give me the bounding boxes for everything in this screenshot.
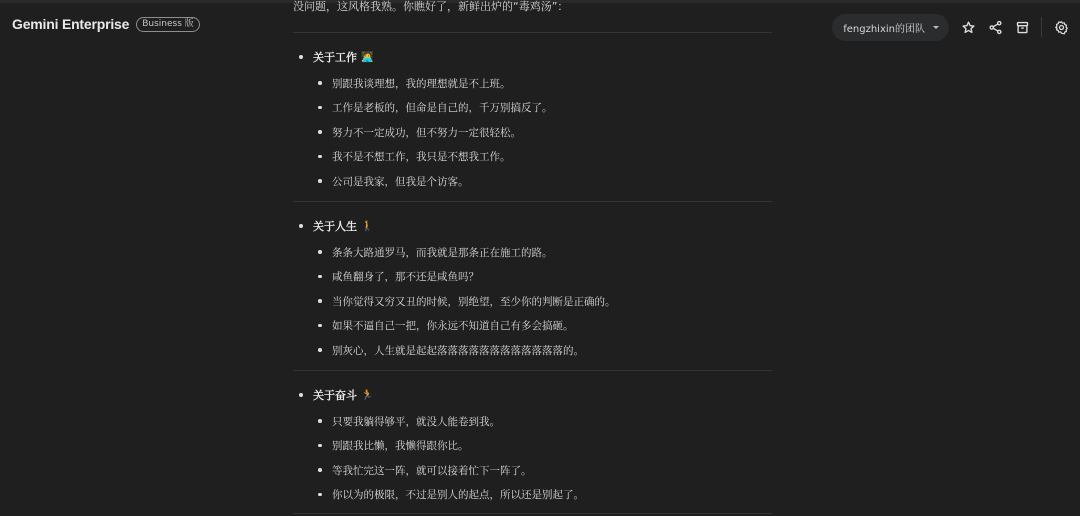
section-title: 关于奋斗 🏃: [293, 385, 772, 405]
settings-icon: [1054, 20, 1069, 35]
section-struggle: 关于奋斗 🏃 只要我躺得够平，就没人能卷到我。 别跟我比懒，我懒得跟你比。 等我…: [293, 385, 772, 507]
team-selector[interactable]: fengzhixin的团队: [832, 14, 949, 41]
list-item: 公司是我家，但我是个访客。: [293, 169, 772, 194]
app-title: Gemini Enterprise: [12, 16, 129, 32]
archive-icon: [1015, 20, 1030, 35]
list-item: 等我忙完这一阵，就可以接着忙下一阵了。: [293, 458, 772, 483]
list-item: 别灰心，人生就是起起落落落落落落落落落落落落的。: [293, 338, 772, 363]
list-item: 你以为的极限，不过是别人的起点，所以还是别起了。: [293, 483, 772, 508]
bullet: [318, 155, 322, 159]
brand: Gemini Enterprise Business 版: [12, 16, 200, 32]
bullet: [318, 81, 322, 85]
section-title: 关于工作 🧑‍💻: [293, 47, 772, 67]
section-title: 关于人生 🚶: [293, 216, 772, 236]
list-item: 别跟我谈理想，我的理想就是不上班。: [293, 71, 772, 96]
list-item: 只要我躺得够平，就没人能卷到我。: [293, 409, 772, 434]
divider: [293, 32, 772, 33]
list-item: 当你觉得又穷又丑的时候，别绝望，至少你的判断是正确的。: [293, 289, 772, 314]
share-icon: [988, 20, 1003, 35]
bullet: [318, 493, 322, 497]
bullet: [299, 393, 303, 397]
star-button[interactable]: [955, 14, 982, 41]
bullet: [318, 250, 322, 254]
list-item: 条条大路通罗马，而我就是那条正在施工的路。: [293, 240, 772, 265]
response-intro: 没问题，这风格我熟。你瞧好了，新鲜出炉的“毒鸡汤”：: [293, 0, 568, 14]
technologist-emoji-icon: 🧑‍💻: [361, 52, 373, 63]
team-name: fengzhixin的团队: [843, 20, 925, 35]
divider: [293, 370, 772, 371]
running-emoji-icon: 🏃: [361, 390, 373, 401]
walking-emoji-icon: 🚶: [361, 221, 373, 232]
settings-button[interactable]: [1048, 14, 1075, 41]
list-item: 咸鱼翻身了，那不还是咸鱼吗？: [293, 265, 772, 290]
star-icon: [961, 20, 976, 35]
edition-badge: Business 版: [136, 17, 200, 32]
archive-button[interactable]: [1009, 14, 1036, 41]
list-item: 如果不逼自己一把，你永远不知道自己有多会搞砸。: [293, 314, 772, 339]
divider: [293, 513, 772, 514]
section-work: 关于工作 🧑‍💻 别跟我谈理想，我的理想就是不上班。 工作是老板的，但命是自己的…: [293, 47, 772, 194]
bullet: [299, 224, 303, 228]
divider: [293, 201, 772, 202]
header-toolbar: fengzhixin的团队: [832, 13, 1080, 41]
bullet: [299, 55, 303, 59]
chevron-down-icon: [933, 26, 939, 29]
bullet: [318, 324, 322, 328]
section-life: 关于人生 🚶 条条大路通罗马，而我就是那条正在施工的路。 咸鱼翻身了，那不还是咸…: [293, 216, 772, 363]
bullet: [318, 106, 322, 110]
bullet: [318, 348, 322, 352]
bullet: [318, 130, 322, 134]
list-item: 我不是不想工作，我只是不想我工作。: [293, 145, 772, 170]
list-item: 工作是老板的，但命是自己的，千万别搞反了。: [293, 96, 772, 121]
bullet: [318, 468, 322, 472]
toolbar-divider: [1041, 17, 1042, 37]
list-item: 努力不一定成功，但不努力一定很轻松。: [293, 120, 772, 145]
bullet: [318, 419, 322, 423]
bullet: [318, 444, 322, 448]
share-button[interactable]: [982, 14, 1009, 41]
bullet: [318, 275, 322, 279]
bullet: [318, 299, 322, 303]
list-item: 别跟我比懒，我懒得跟你比。: [293, 434, 772, 459]
bullet: [318, 179, 322, 183]
